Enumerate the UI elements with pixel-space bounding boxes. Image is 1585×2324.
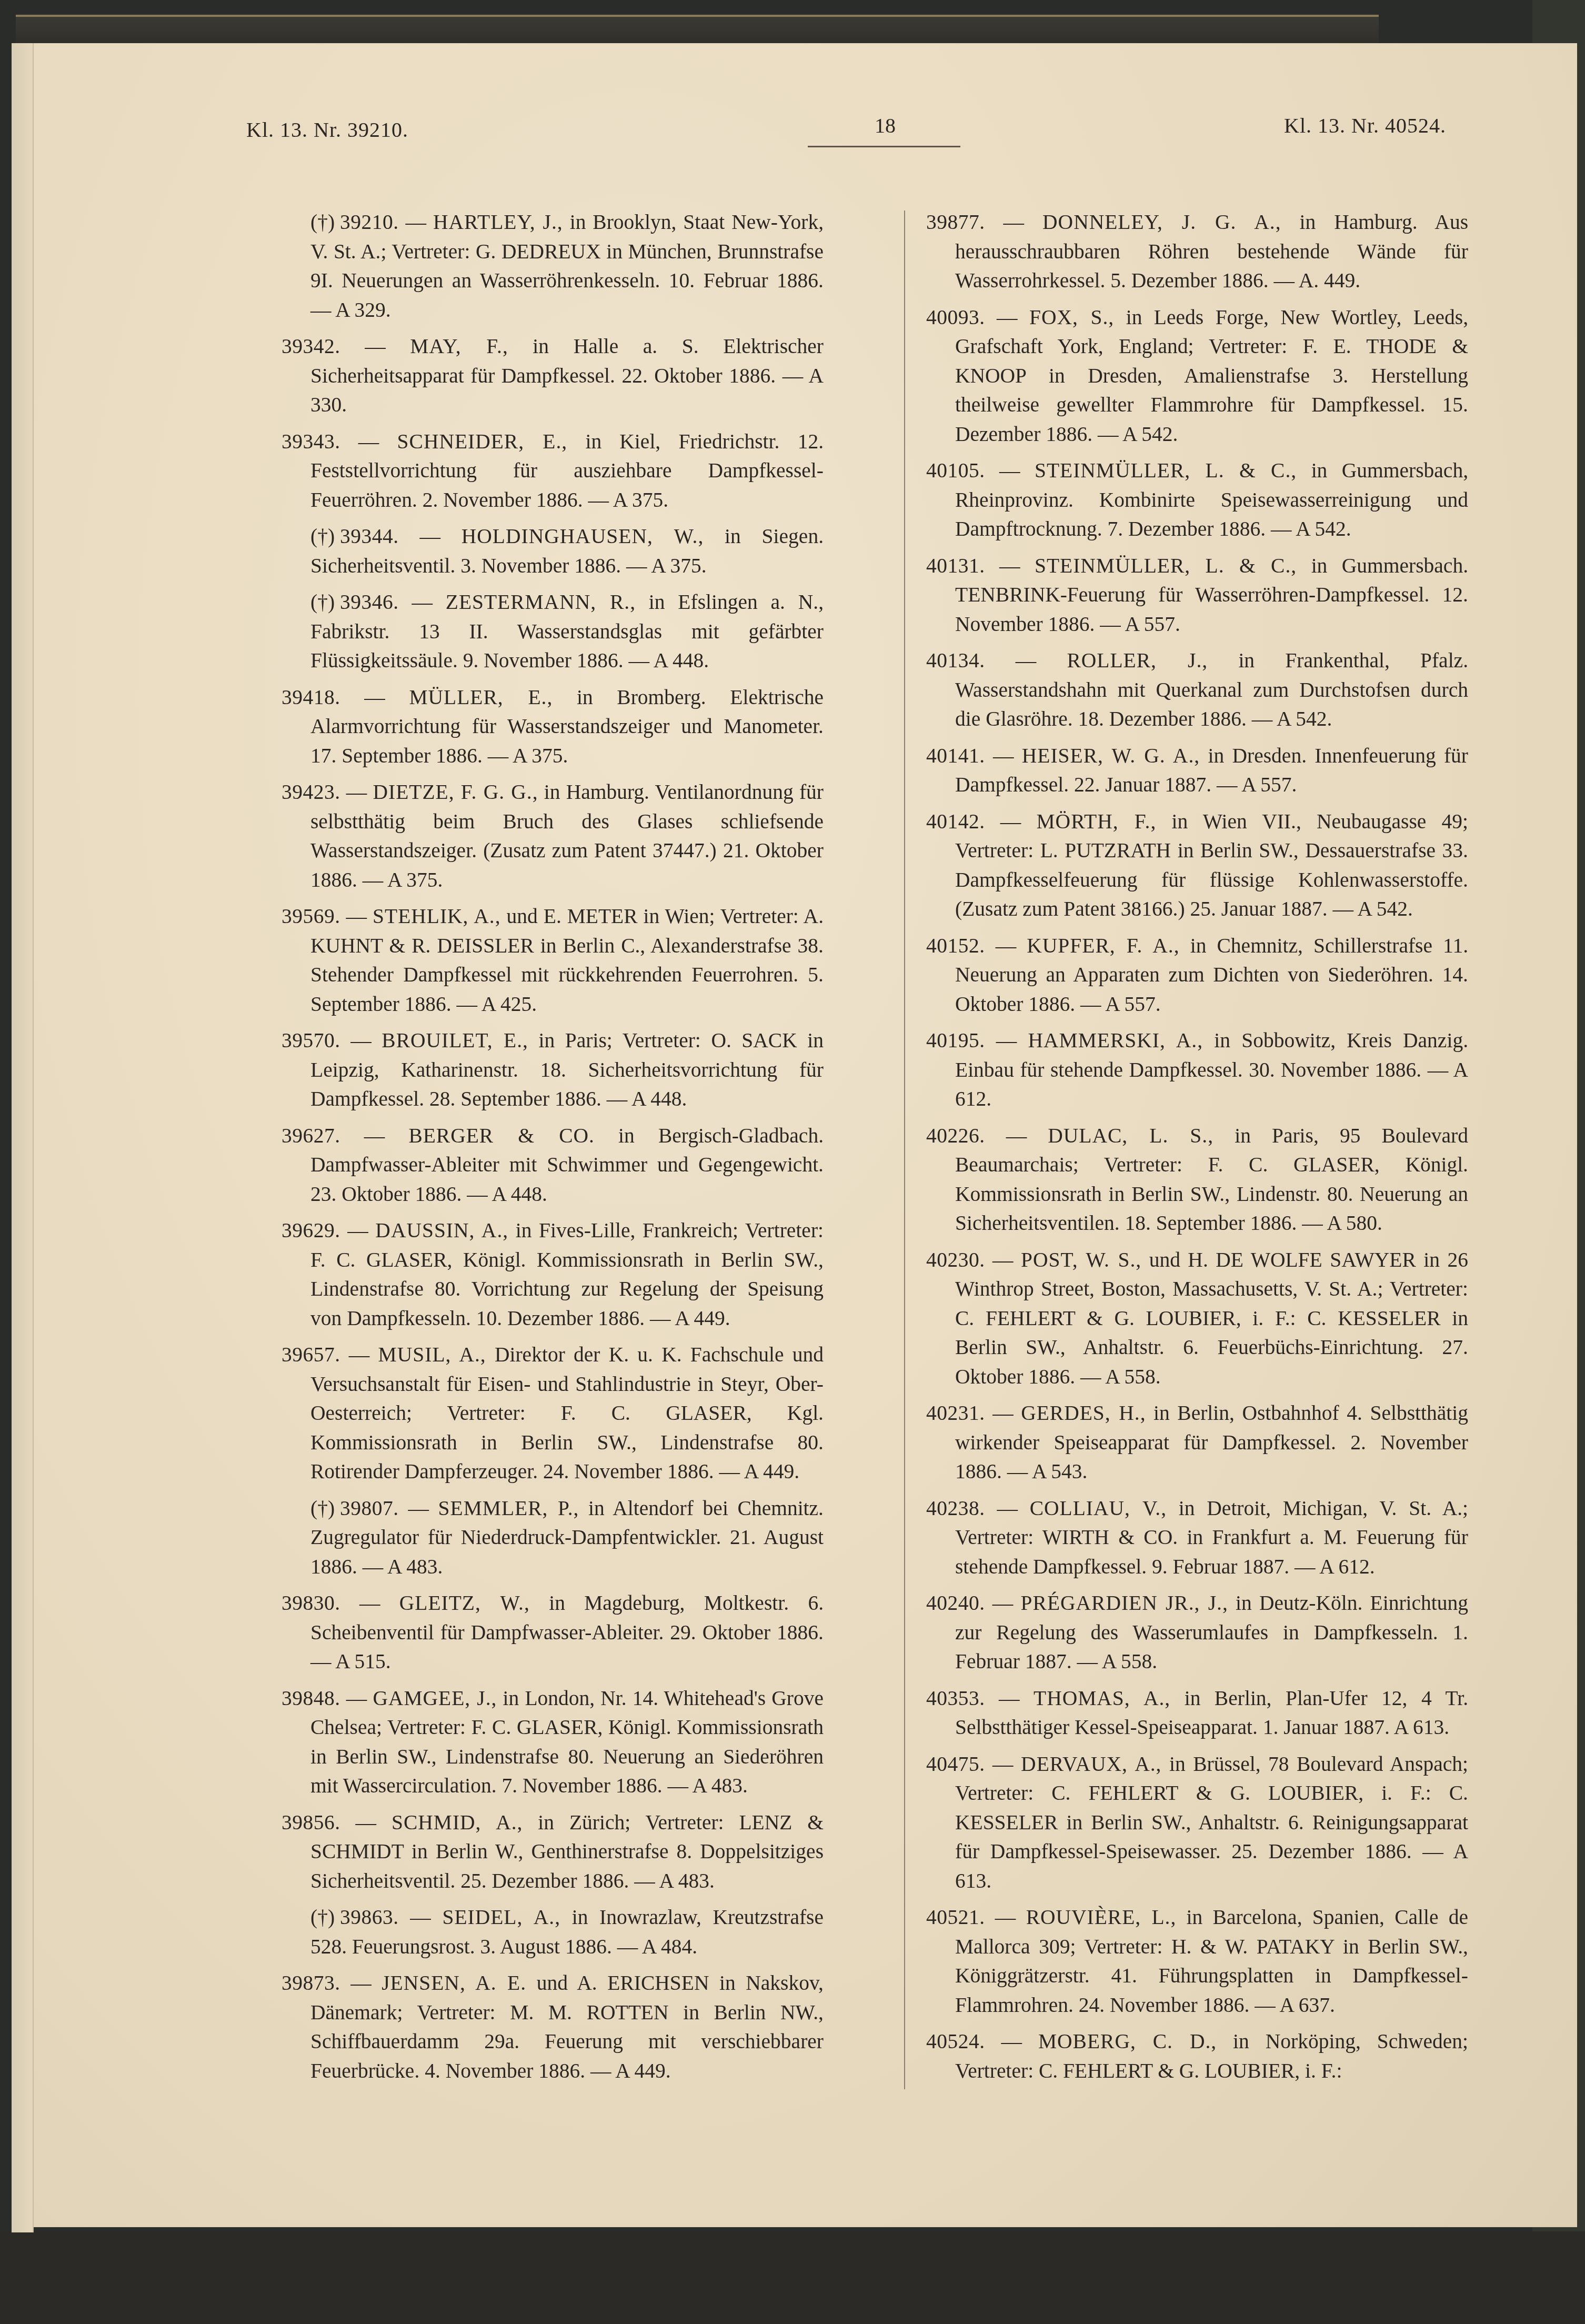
patent-number: 39873.	[282, 1971, 340, 1995]
patentee-name: SEIDEL, A.,	[442, 1906, 560, 1929]
dagger-marker: (†)	[310, 1903, 335, 1932]
patent-entry: 40105. — STEINMÜLLER, L. & C., in Gummer…	[926, 456, 1468, 544]
patent-number: 39848.	[282, 1687, 340, 1710]
patentee-name: HEISER, W. G. A.,	[1022, 744, 1200, 767]
patentee-name: STEINMÜLLER, L. & C.,	[1035, 554, 1297, 577]
patentee-name: HOLDINGHAUSEN, W.,	[462, 525, 704, 548]
patentee-name: HARTLEY, J.,	[433, 211, 563, 234]
patent-description: in Zürich; Vertreter: LENZ & SCHMIDT in …	[310, 1811, 824, 1892]
patentee-name: ROUVIÈRE, L.,	[1026, 1906, 1177, 1929]
patentee-name: THOMAS, A.,	[1034, 1687, 1170, 1710]
patentee-name: MÖRTH, F.,	[1036, 810, 1156, 833]
patent-number: 40134.	[926, 649, 985, 672]
patent-entry: 39873. — JENSEN, A. E. und A. ERICHSEN i…	[282, 1969, 824, 2086]
patent-number: 40142.	[926, 810, 985, 833]
column-divider	[904, 211, 905, 2089]
patent-entry: 40240. — PRÉGARDIEN JR., J., in Deutz-Kö…	[926, 1589, 1468, 1677]
patentee-name: DAUSSIN, A.,	[375, 1219, 508, 1242]
patent-number: 40230.	[926, 1248, 985, 1271]
patent-number: 40226.	[926, 1124, 985, 1147]
patent-entry: 40131. — STEINMÜLLER, L. & C., in Gummer…	[926, 552, 1468, 639]
page-stack-edge	[12, 43, 34, 2232]
patent-entry: 40134. — ROLLER, J., in Frankenthal, Pfa…	[926, 646, 1468, 734]
dagger-marker: (†)	[310, 1494, 335, 1524]
patent-number: 39346.	[340, 590, 399, 614]
patent-entry: 39848. — GAMGEE, J., in London, Nr. 14. …	[282, 1684, 824, 1801]
patentee-name: MUSIL, A.,	[378, 1343, 486, 1366]
patent-entry: 39877. — DONNELEY, J. G. A., in Hamburg.…	[926, 208, 1468, 296]
patentee-name: BROUILET, E.,	[382, 1029, 528, 1052]
patentee-name: SEMMLER, P.,	[438, 1497, 579, 1520]
page-header: Kl. 13. Nr. 39210. 18 Kl. 13. Nr. 40524.	[0, 113, 1585, 155]
patentee-name: SCHMID, A.,	[392, 1811, 523, 1834]
patent-entry: 39423. — DIETZE, F. G. G., in Hamburg. V…	[282, 778, 824, 895]
patentee-name: POST, W. S.,	[1021, 1248, 1141, 1271]
patent-number: 40238.	[926, 1497, 985, 1520]
patent-number: 39569.	[282, 905, 340, 928]
patent-number: 40524.	[926, 2030, 985, 2053]
patent-entry: 39343. — SCHNEIDER, E., in Kiel, Friedri…	[282, 427, 824, 515]
patent-entry: (†)39344. — HOLDINGHAUSEN, W., in Siegen…	[282, 522, 824, 580]
patent-number: 40093.	[926, 306, 985, 329]
patentee-name: ROLLER, J.,	[1067, 649, 1208, 672]
patent-number: 39423.	[282, 780, 340, 804]
patentee-name: JENSEN, A. E.	[382, 1971, 526, 1995]
book-cover-bottom	[0, 2231, 1585, 2324]
patent-entry: 40231. — GERDES, H., in Berlin, Ostbahnh…	[926, 1399, 1468, 1487]
patent-entry: 40353. — THOMAS, A., in Berlin, Plan-Ufe…	[926, 1684, 1468, 1742]
patent-number: 40131.	[926, 554, 985, 577]
dagger-marker: (†)	[310, 522, 335, 552]
patent-entry: 40141. — HEISER, W. G. A., in Dresden. I…	[926, 742, 1468, 800]
patent-number: 40240.	[926, 1591, 985, 1615]
page-number: 18	[875, 113, 896, 138]
header-left-range: Kl. 13. Nr. 39210.	[246, 117, 408, 142]
patent-entry: 40238. — COLLIAU, V., in Detroit, Michig…	[926, 1494, 1468, 1582]
patent-number: 39629.	[282, 1219, 340, 1242]
patent-entry: 39627. — BERGER & CO. in Bergisch-Gladba…	[282, 1121, 824, 1209]
patent-entry: 40152. — KUPFER, F. A., in Chemnitz, Sch…	[926, 931, 1468, 1019]
patent-description: in Wien VII., Neubaugasse 49; Vertreter:…	[955, 810, 1468, 921]
patent-number: 39863.	[340, 1906, 399, 1929]
patent-description: in Bromberg. Elektrische Alarmvorrichtun…	[310, 686, 824, 767]
patent-number: 39342.	[282, 335, 340, 358]
patent-number: 39657.	[282, 1343, 340, 1366]
patentee-name: MOBERG, C. D.,	[1038, 2030, 1217, 2053]
patent-description: in Berlin, Plan-Ufer 12, 4 Tr. Selbstthä…	[955, 1687, 1468, 1739]
patent-number: 40353.	[926, 1687, 985, 1710]
dagger-marker: (†)	[310, 588, 335, 617]
patent-entry: 39629. — DAUSSIN, A., in Fives-Lille, Fr…	[282, 1216, 824, 1333]
patent-description: in Kiel, Friedrichstr. 12. Feststellvorr…	[310, 430, 824, 512]
patentee-name: DIETZE, F. G. G.,	[373, 780, 538, 804]
patentee-name: STEINMÜLLER, L. & C.,	[1035, 459, 1297, 482]
patent-entry: 39418. — MÜLLER, E., in Bromberg. Elektr…	[282, 683, 824, 771]
patentee-name: MÜLLER, E.,	[409, 686, 553, 709]
patent-entry: (†)39863. — SEIDEL, A., in Inowrazlaw, K…	[282, 1903, 824, 1961]
patent-entry: 39569. — STEHLIK, A., und E. METER in Wi…	[282, 902, 824, 1019]
patent-number: 40521.	[926, 1906, 985, 1929]
patentee-name: GERDES, H.,	[1021, 1401, 1146, 1425]
patent-entry: 40524. — MOBERG, C. D., in Norköping, Sc…	[926, 2027, 1468, 2086]
patent-number: 40475.	[926, 1752, 985, 1776]
patent-entry: (†)39807. — SEMMLER, P., in Altendorf be…	[282, 1494, 824, 1582]
patentee-name: ZESTERMANN, R.,	[446, 590, 636, 614]
patent-entry: 39856. — SCHMID, A., in Zürich; Vertrete…	[282, 1808, 824, 1896]
patentee-name: DONNELEY, J. G. A.,	[1042, 211, 1281, 234]
patent-number: 39343.	[282, 430, 340, 453]
patent-entry: 39570. — BROUILET, E., in Paris; Vertret…	[282, 1026, 824, 1114]
patent-description: in Magdeburg, Moltkestr. 6. Scheibenvent…	[310, 1591, 824, 1673]
patentee-name: GLEITZ, W.,	[399, 1591, 530, 1615]
header-right-range: Kl. 13. Nr. 40524.	[1284, 113, 1446, 138]
patent-entry: 40195. — HAMMERSKI, A., in Sobbowitz, Kr…	[926, 1026, 1468, 1114]
patentee-name: STEHLIK, A.,	[373, 905, 501, 928]
patentee-name: DERVAUX, A.,	[1021, 1752, 1161, 1776]
patentee-name: HAMMERSKI, A.,	[1028, 1029, 1203, 1052]
patent-number: 39807.	[340, 1497, 399, 1520]
patent-number: 40141.	[926, 744, 985, 767]
right-column: 39877. — DONNELEY, J. G. A., in Hamburg.…	[926, 208, 1468, 2093]
patent-entry: (†)39346. — ZESTERMANN, R., in Efslingen…	[282, 588, 824, 676]
patent-number: 39856.	[282, 1811, 340, 1834]
patent-entry: 40226. — DULAC, L. S., in Paris, 95 Boul…	[926, 1121, 1468, 1238]
patentee-name: BERGER & CO.	[408, 1124, 595, 1147]
patent-entry: 39342. — MAY, F., in Halle a. S. Elektri…	[282, 332, 824, 420]
patentee-name: PRÉGARDIEN JR., J.,	[1021, 1591, 1228, 1615]
patent-number: 39344.	[340, 525, 399, 548]
patent-description: in Frankenthal, Pfalz. Wasserstandshahn …	[955, 649, 1468, 730]
patent-number: 40231.	[926, 1401, 985, 1425]
patent-entry: 40142. — MÖRTH, F., in Wien VII., Neubau…	[926, 807, 1468, 924]
patent-number: 40105.	[926, 459, 985, 482]
left-column: (†)39210. — HARTLEY, J., in Brooklyn, St…	[282, 208, 824, 2093]
patentee-name: MAY, F.,	[410, 335, 508, 358]
patentee-name: KUPFER, F. A.,	[1027, 934, 1179, 957]
patent-number: 40195.	[926, 1029, 985, 1052]
patent-description: in Halle a. S. Elektrischer Sicherheitsa…	[310, 335, 824, 416]
patent-number: 39210.	[340, 211, 399, 234]
patent-number: 39627.	[282, 1124, 340, 1147]
patent-number: 39570.	[282, 1029, 340, 1052]
patent-number: 39830.	[282, 1591, 340, 1615]
patent-entry: 40475. — DERVAUX, A., in Brüssel, 78 Bou…	[926, 1750, 1468, 1896]
patent-entry: 39830. — GLEITZ, W., in Magdeburg, Moltk…	[282, 1589, 824, 1677]
patent-number: 39877.	[926, 211, 985, 234]
patent-entry: 40093. — FOX, S., in Leeds Forge, New Wo…	[926, 303, 1468, 449]
patentee-name: FOX, S.,	[1029, 306, 1114, 329]
patent-number: 40152.	[926, 934, 985, 957]
patent-number: 39418.	[282, 686, 340, 709]
header-rule	[808, 146, 960, 147]
patent-entry: 40521. — ROUVIÈRE, L., in Barcelona, Spa…	[926, 1903, 1468, 2020]
patent-entry: 39657. — MUSIL, A., Direktor der K. u. K…	[282, 1340, 824, 1487]
dagger-marker: (†)	[310, 208, 335, 237]
patentee-name: COLLIAU, V.,	[1030, 1497, 1167, 1520]
patentee-name: SCHNEIDER, E.,	[397, 430, 568, 453]
patent-entry: 40230. — POST, W. S., und H. DE WOLFE SA…	[926, 1246, 1468, 1392]
patentee-name: GAMGEE, J.,	[373, 1687, 497, 1710]
patent-entry: (†)39210. — HARTLEY, J., in Brooklyn, St…	[282, 208, 824, 325]
patentee-name: DULAC, L. S.,	[1048, 1124, 1213, 1147]
